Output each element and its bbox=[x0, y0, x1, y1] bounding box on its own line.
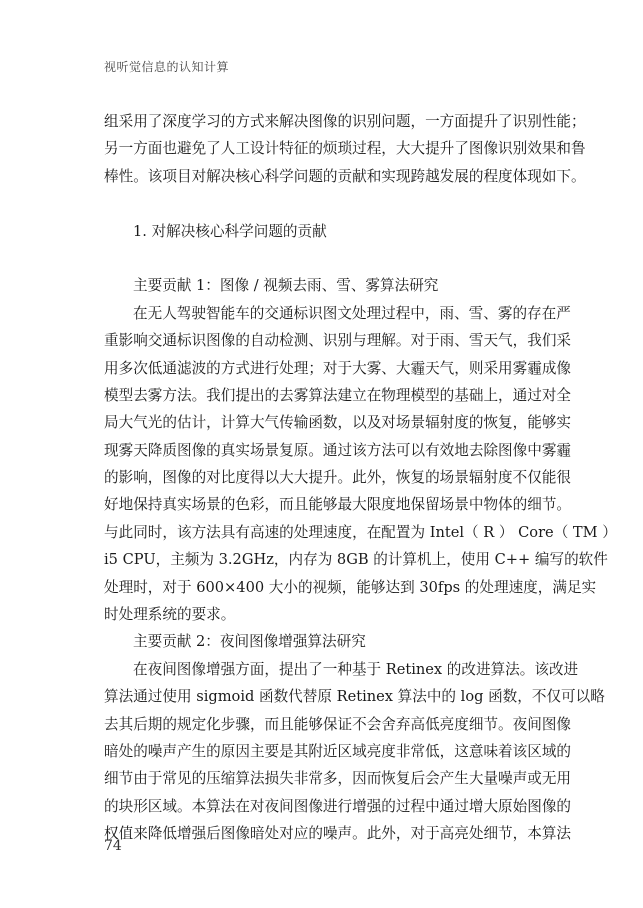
page-number: 74 bbox=[104, 838, 122, 854]
text-line: 用多次低通滤波的方式进行处理；对于大雾、大霾天气，则采用雾霾成像 bbox=[104, 355, 540, 382]
text-line: 时处理系统的要求。 bbox=[104, 601, 540, 628]
text-line: 的影响，图像的对比度得以大大提升。此外，恢复的场景辐射度不仅能很 bbox=[104, 464, 540, 491]
text-line: 暗处的噪声产生的原因主要是其附近区域亮度非常低，这意味着该区域的 bbox=[104, 738, 540, 765]
text-line: 重影响交通标识图像的自动检测、识别与理解。对于雨、雪天气，我们采 bbox=[104, 327, 540, 354]
section-heading: 1. 对解决核心科学问题的贡献 bbox=[104, 218, 540, 245]
text-line: 组采用了深度学习的方式来解决图像的识别问题，一方面提升了识别性能； bbox=[104, 108, 540, 135]
running-header-title: 视听觉信息的认知计算 bbox=[104, 58, 229, 75]
contribution-title: 主要贡献 1：图像 / 视频去雨、雪、雾算法研究 bbox=[104, 272, 540, 299]
spacer bbox=[104, 190, 540, 217]
text-line: 另一方面也避免了人工设计特征的烦琐过程，大大提升了图像识别效果和鲁 bbox=[104, 135, 540, 162]
contribution-title: 主要贡献 2：夜间图像增强算法研究 bbox=[104, 628, 540, 655]
text-line: 棒性。该项目对解决核心科学问题的贡献和实现跨越发展的程度体现如下。 bbox=[104, 163, 540, 190]
contribution-1: 主要贡献 1：图像 / 视频去雨、雪、雾算法研究 在无人驾驶智能车的交通标识图文… bbox=[104, 272, 540, 628]
text-line: 的块形区域。本算法在对夜间图像进行增强的过程中通过增大原始图像的 bbox=[104, 793, 540, 820]
text-line: 算法通过使用 sigmoid 函数代替原 Retinex 算法中的 log 函数… bbox=[104, 683, 540, 710]
text-line: 模型去雾方法。我们提出的去雾算法建立在物理模型的基础上，通过对全 bbox=[104, 382, 540, 409]
contribution-2: 主要贡献 2：夜间图像增强算法研究 在夜间图像增强方面，提出了一种基于 Reti… bbox=[104, 628, 540, 847]
text-line: 权值来降低增强后图像暗处对应的噪声。此外，对于高亮处细节，本算法 bbox=[104, 820, 540, 847]
text-line: 去其后期的规定化步骤，而且能够保证不会舍弃高低亮度细节。夜间图像 bbox=[104, 711, 540, 738]
text-line: 局大气光的估计，计算大气传输函数，以及对场景辐射度的恢复，能够实 bbox=[104, 409, 540, 436]
text-line: 细节由于常见的压缩算法损失非常多，因而恢复后会产生大量噪声或无用 bbox=[104, 765, 540, 792]
text-line: i5 CPU，主频为 3.2GHz，内存为 8GB 的计算机上，使用 C++ 编… bbox=[104, 546, 540, 573]
text-line: 在无人驾驶智能车的交通标识图文处理过程中，雨、雪、雾的存在严 bbox=[104, 300, 540, 327]
text-line: 与此同时，该方法具有高速的处理速度，在配置为 Intel（ R ） Core（ … bbox=[104, 519, 540, 546]
text-line: 好地保持真实场景的色彩，而且能够最大限度地保留场景中物体的细节。 bbox=[104, 491, 540, 518]
spacer bbox=[104, 245, 540, 272]
text-line: 现雾天降质图像的真实场景复原。通过该方法可以有效地去除图像中雾霾 bbox=[104, 437, 540, 464]
text-line: 在夜间图像增强方面，提出了一种基于 Retinex 的改进算法。该改进 bbox=[104, 656, 540, 683]
intro-paragraph: 组采用了深度学习的方式来解决图像的识别问题，一方面提升了识别性能； 另一方面也避… bbox=[104, 108, 540, 190]
text-line: 处理时，对于 600×400 大小的视频，能够达到 30fps 的处理速度，满足… bbox=[104, 574, 540, 601]
page-body: 组采用了深度学习的方式来解决图像的识别问题，一方面提升了识别性能； 另一方面也避… bbox=[104, 108, 540, 848]
